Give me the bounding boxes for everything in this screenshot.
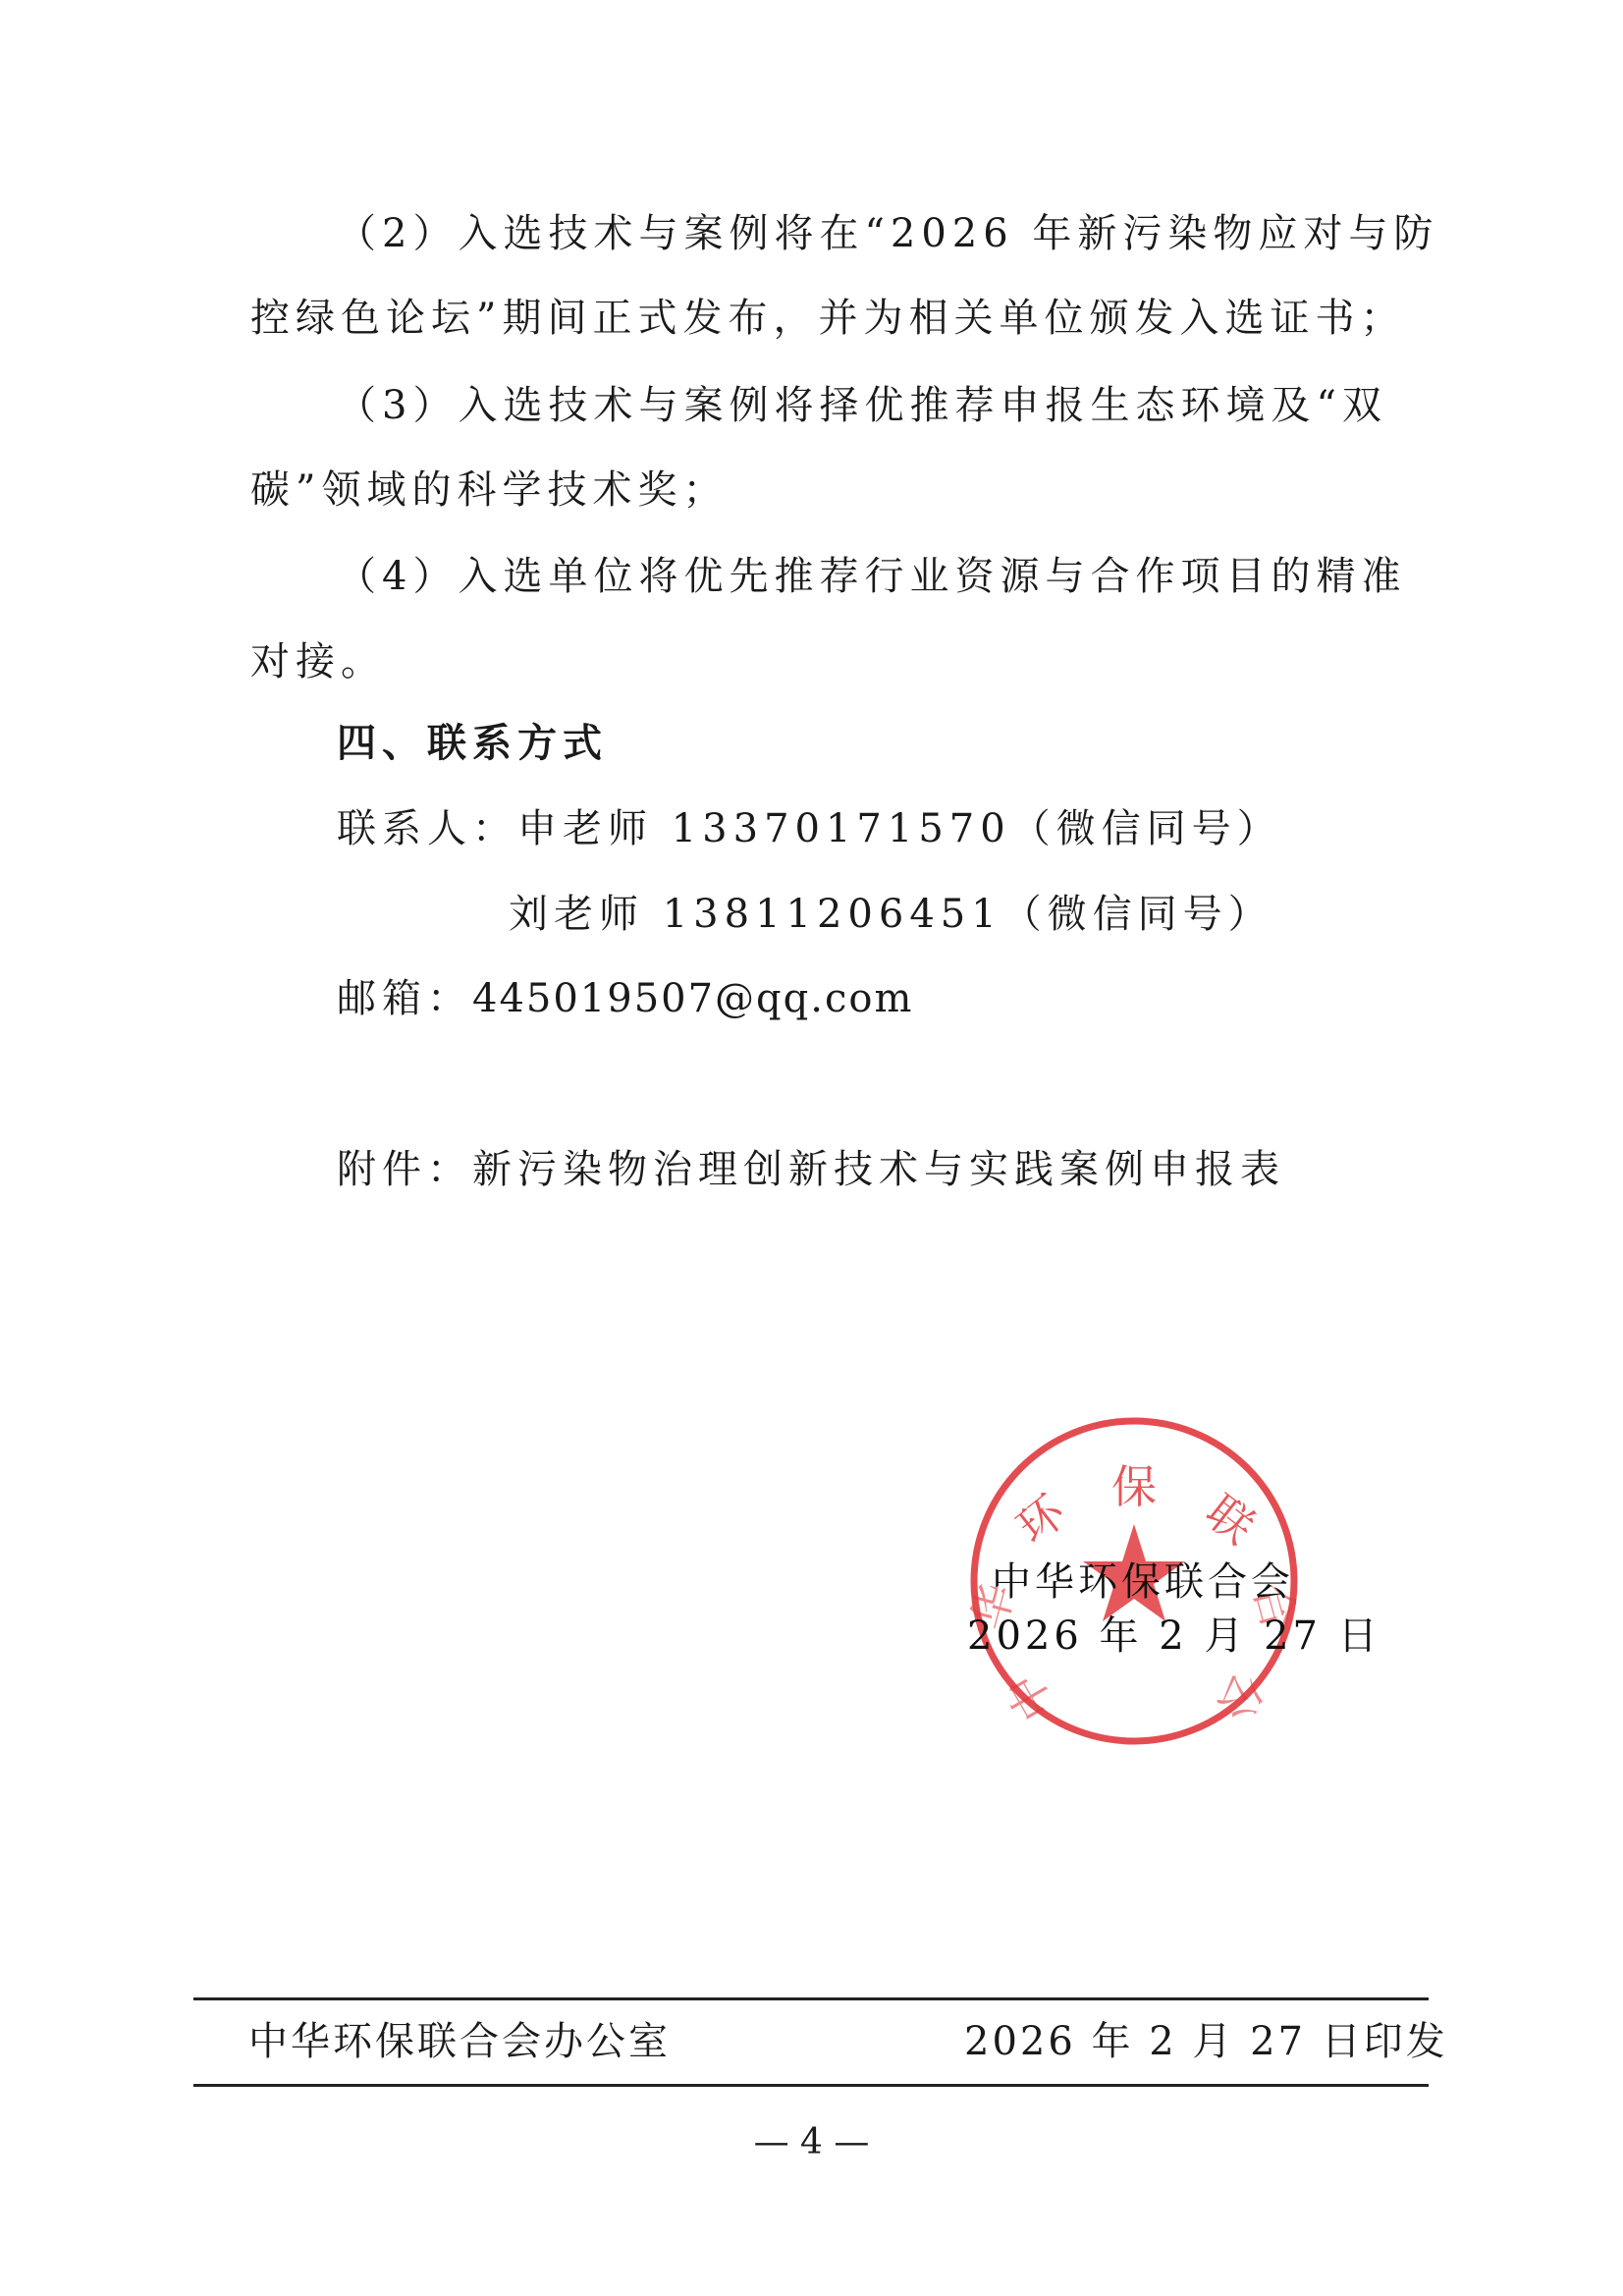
contact-note-1: （微信同号） bbox=[1011, 806, 1282, 851]
footer-issue-date: 2026 年 2 月 27 日印发 bbox=[964, 2018, 1448, 2065]
contact-label: 联系人： bbox=[337, 806, 517, 851]
svg-text:环: 环 bbox=[1006, 1484, 1076, 1555]
email-address: 445019507@qq.com bbox=[472, 976, 913, 1021]
footer-bottom-rule bbox=[193, 2084, 1429, 2087]
paragraph-4-line-2: 对接。 bbox=[250, 638, 386, 685]
svg-text:联: 联 bbox=[1196, 1485, 1264, 1555]
contact-row-1: 联系人：申老师 13370171570（微信同号） bbox=[337, 805, 1282, 852]
attachment-line: 附件：新污染物治理创新技术与实践案例申报表 bbox=[337, 1146, 1285, 1193]
signature-date: 2026 年 2 月 27 日 bbox=[967, 1613, 1381, 1660]
paragraph-3-line-1: （3）入选技术与案例将择优推荐申报生态环境及“双 bbox=[337, 382, 1387, 429]
footer-issuer: 中华环保联合会办公室 bbox=[248, 2018, 671, 2065]
email-row: 邮箱：445019507@qq.com bbox=[337, 975, 913, 1022]
contact-phone-1: 13370171570 bbox=[672, 806, 1011, 851]
contact-name-1: 申老师 bbox=[517, 806, 653, 851]
paragraph-3-line-2: 碳”领域的科学技术奖； bbox=[250, 466, 728, 514]
page-number: — 4 — bbox=[0, 2121, 1623, 2164]
signature-org: 中华环保联合会 bbox=[992, 1558, 1294, 1606]
contact-note-2: （微信同号） bbox=[1002, 892, 1273, 937]
contact-row-2: 刘老师 13811206451（微信同号） bbox=[509, 891, 1273, 938]
section-heading-contact: 四、联系方式 bbox=[337, 720, 608, 767]
paragraph-4-line-1: （4）入选单位将优先推荐行业资源与合作项目的精准 bbox=[337, 553, 1406, 600]
footer-top-rule bbox=[193, 1997, 1429, 2000]
paragraph-2-line-2: 控绿色论坛”期间正式发布，并为相关单位颁发入选证书； bbox=[250, 295, 1405, 342]
contact-name-2: 刘老师 bbox=[509, 892, 644, 937]
paragraph-2-line-1: （2）入选技术与案例将在“2026 年新污染物应对与防 bbox=[337, 210, 1438, 257]
email-label: 邮箱： bbox=[337, 976, 472, 1021]
contact-phone-2: 13811206451 bbox=[663, 892, 1002, 937]
svg-text:保: 保 bbox=[1111, 1460, 1157, 1513]
